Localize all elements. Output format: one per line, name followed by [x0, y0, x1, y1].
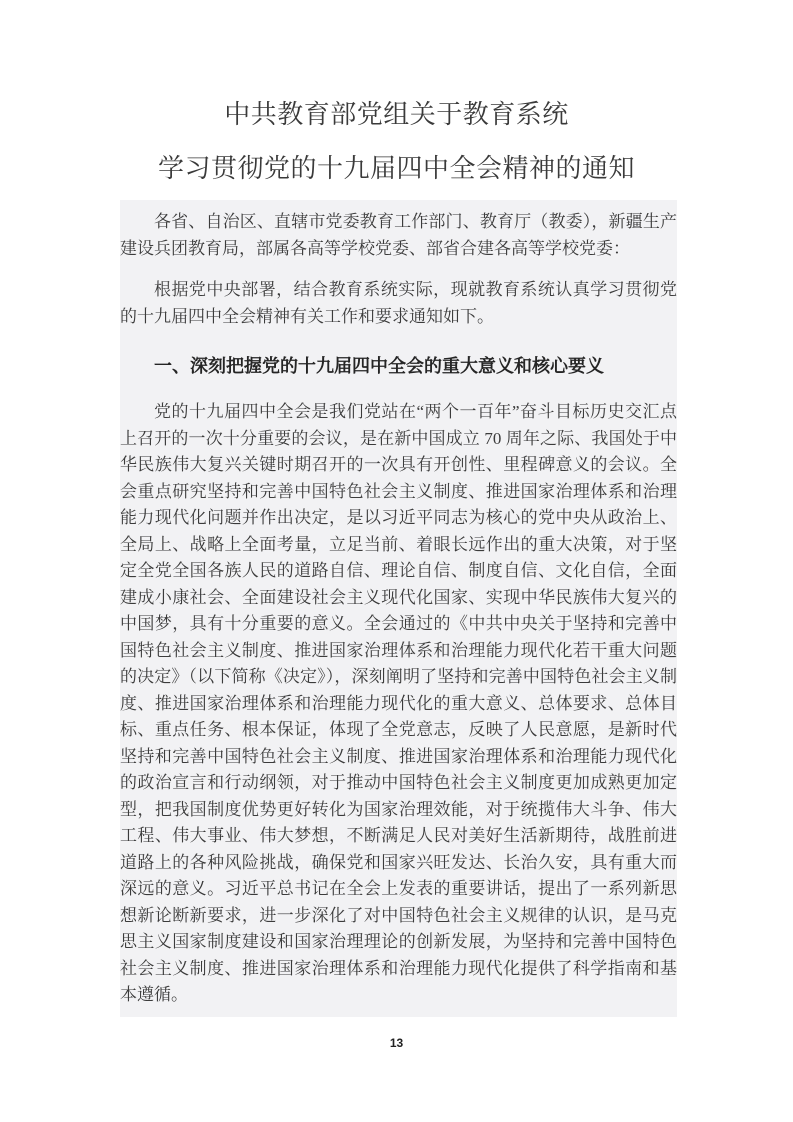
section-1-paragraph: 党的十九届四中全会是我们党站在“两个一百年”奋斗目标历史交汇点上召开的一次十分重…	[120, 399, 677, 1009]
document-title-line-1: 中共教育部党组关于教育系统	[0, 98, 793, 130]
intro-paragraph: 根据党中央部署，结合教育系统实际，现就教育系统认真学习贯彻党的十九届四中全会精神…	[120, 277, 677, 330]
document-title: 中共教育部党组关于教育系统 学习贯彻党的十九届四中全会精神的通知	[0, 98, 793, 184]
document-page: 中共教育部党组关于教育系统 学习贯彻党的十九届四中全会精神的通知 各省、自治区、…	[0, 0, 793, 1122]
page-number: 13	[0, 1036, 793, 1050]
salutation-paragraph: 各省、自治区、直辖市党委教育工作部门、教育厅（教委），新疆生产建设兵团教育局，部…	[120, 209, 677, 262]
document-title-line-2: 学习贯彻党的十九届四中全会精神的通知	[0, 152, 793, 184]
section-1-heading: 一、深刻把握党的十九届四中全会的重大意义和核心要义	[120, 353, 677, 379]
document-body: 各省、自治区、直辖市党委教育工作部门、教育厅（教委），新疆生产建设兵团教育局，部…	[120, 200, 677, 1017]
